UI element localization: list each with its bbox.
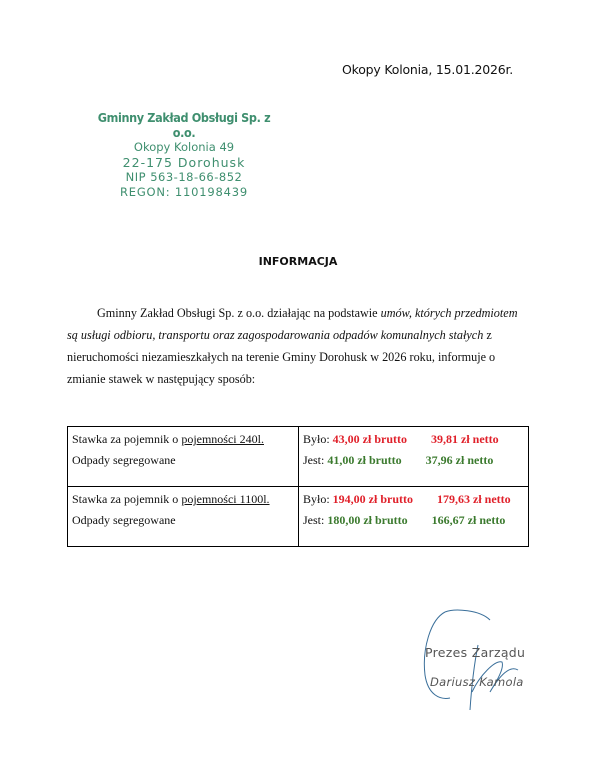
rate-capacity: pojemności 1100l. — [181, 492, 269, 506]
waste-type: Odpady segregowane — [72, 513, 176, 527]
stamp-nip: NIP 563-18-66-852 — [84, 170, 284, 185]
new-netto: 37,96 zł netto — [426, 453, 494, 467]
body-paragraph: Gminny Zakład Obsługi Sp. z o.o. działaj… — [67, 302, 529, 390]
signature-role: Prezes Zarządu — [425, 645, 525, 660]
place-date: Okopy Kolonia, 15.01.2026r. — [342, 62, 513, 77]
table-row: Stawka za pojemnik o pojemności 1100l. O… — [68, 487, 529, 547]
new-brutto: 41,00 zł brutto — [327, 453, 401, 467]
rate-label: Stawka za pojemnik o — [72, 432, 181, 446]
rate-price-cell: Było: 43,00 zł brutto39,81 zł netto Jest… — [299, 427, 529, 487]
new-netto: 166,67 zł netto — [432, 513, 506, 527]
rate-capacity: pojemności 240l. — [181, 432, 264, 446]
old-brutto: 194,00 zł brutto — [333, 492, 413, 506]
old-netto: 179,63 zł netto — [437, 492, 511, 506]
rate-label-cell: Stawka za pojemnik o pojemności 240l. Od… — [68, 427, 299, 487]
old-brutto: 43,00 zł brutto — [333, 432, 407, 446]
new-label: Jest: — [303, 513, 327, 527]
company-stamp: Gminny Zakład Obsługi Sp. z o.o. Okopy K… — [84, 110, 284, 200]
rate-price-cell: Było: 194,00 zł brutto179,63 zł netto Je… — [299, 487, 529, 547]
old-netto: 39,81 zł netto — [431, 432, 499, 446]
stamp-postal: 22-175 Dorohusk — [84, 155, 284, 170]
signature-block: Prezes Zarządu Dariusz Kamola — [410, 600, 560, 710]
stamp-company: Gminny Zakład Obsługi Sp. z o.o. — [94, 110, 274, 140]
old-label: Było: — [303, 432, 333, 446]
body-text: Gminny Zakład Obsługi Sp. z o.o. działaj… — [97, 306, 381, 320]
rate-label-cell: Stawka za pojemnik o pojemności 1100l. O… — [68, 487, 299, 547]
rate-label: Stawka za pojemnik o — [72, 492, 181, 506]
old-label: Było: — [303, 492, 333, 506]
stamp-regon: REGON: 110198439 — [84, 185, 284, 200]
waste-type: Odpady segregowane — [72, 453, 176, 467]
table-row: Stawka za pojemnik o pojemności 240l. Od… — [68, 427, 529, 487]
document-title: INFORMACJA — [0, 255, 596, 268]
new-brutto: 180,00 zł brutto — [327, 513, 407, 527]
rates-table: Stawka za pojemnik o pojemności 240l. Od… — [67, 426, 529, 547]
new-label: Jest: — [303, 453, 327, 467]
stamp-address: Okopy Kolonia 49 — [84, 140, 284, 155]
signature-name: Dariusz Kamola — [430, 675, 524, 689]
